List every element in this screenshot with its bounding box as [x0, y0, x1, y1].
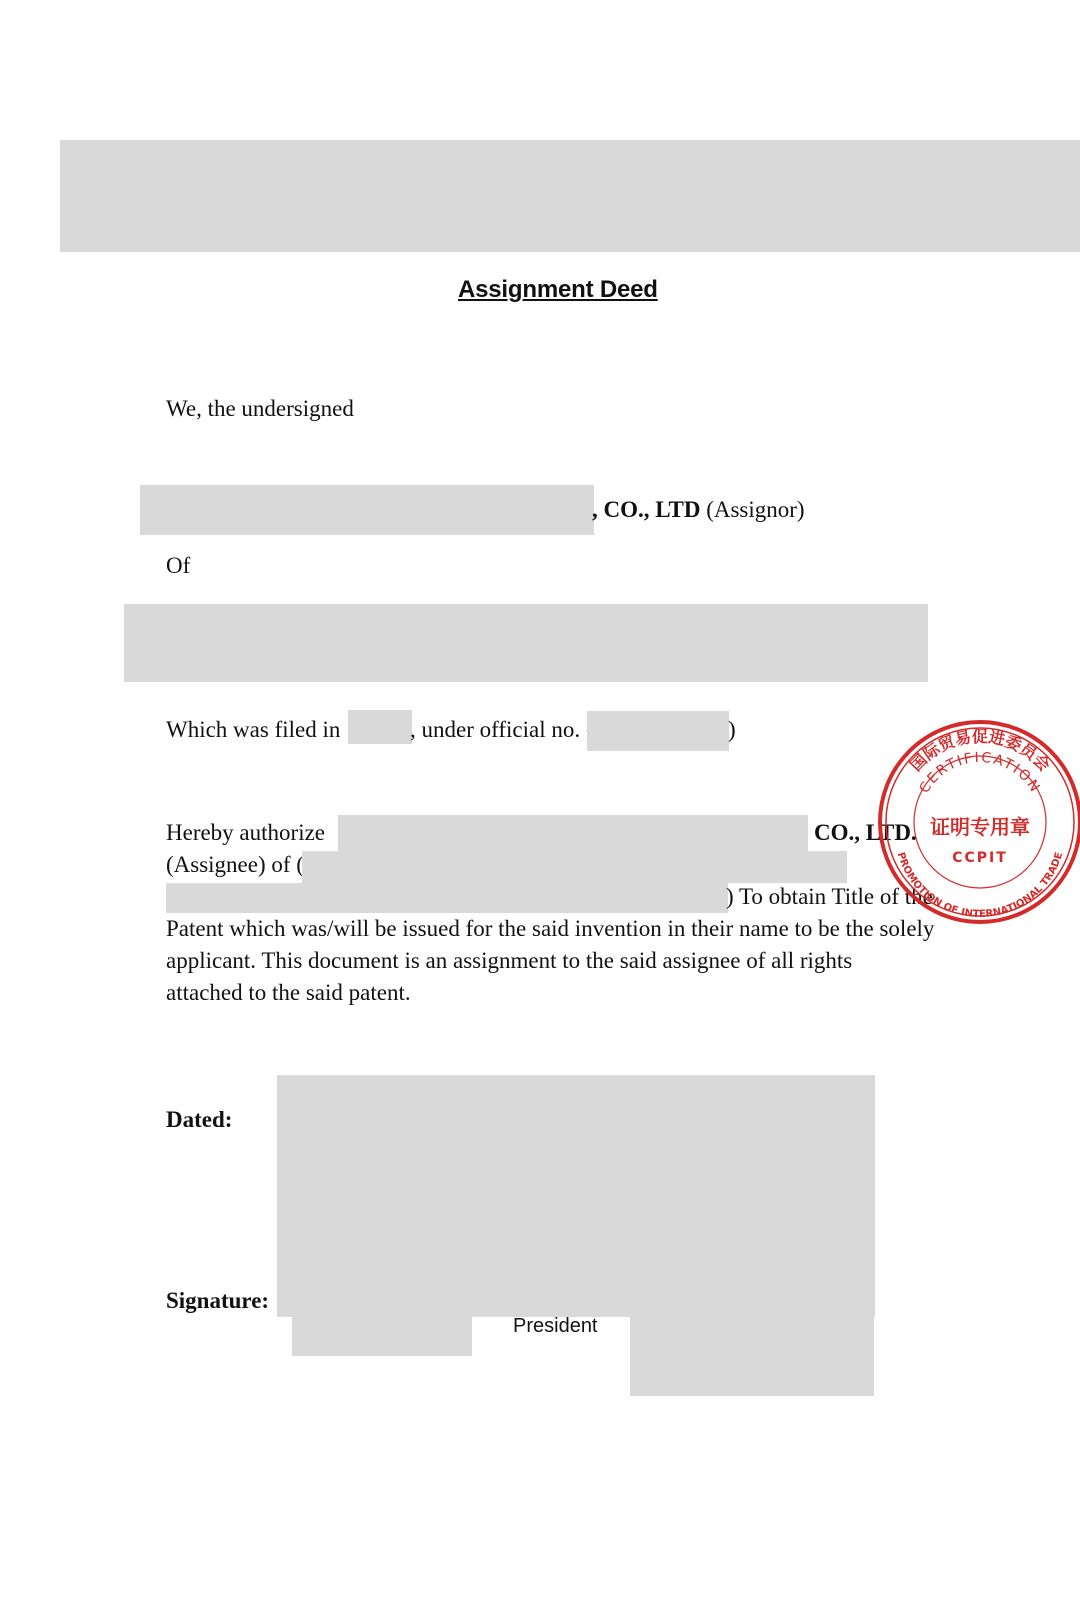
body-line-2: applicant. This document is an assignmen… [166, 948, 852, 974]
redacted-filing-country [348, 710, 412, 744]
authorize-prefix: Hereby authorize [166, 820, 325, 846]
assignor-line: , CO., LTD (Assignor) [592, 497, 805, 523]
redacted-assignee-name [338, 815, 808, 853]
body-line-1: Patent which was/will be issued for the … [166, 916, 934, 942]
redacted-header [60, 140, 1080, 252]
signature-label: Signature: [166, 1288, 269, 1314]
redacted-date-signature-block [277, 1075, 875, 1317]
assignee-company-suffix: CO., LTD. [814, 820, 917, 846]
body-line-3: attached to the said patent. [166, 980, 411, 1006]
filed-suffix: ) [728, 717, 736, 743]
assignor-company-suffix: , CO., LTD [592, 497, 700, 522]
obtain-title-text: ) To obtain Title of the [726, 884, 933, 910]
svg-text:证明专用章: 证明专用章 [930, 815, 1030, 839]
redacted-company-seal [630, 1317, 874, 1396]
svg-text:CCPIT: CCPIT [952, 850, 1008, 866]
filed-middle: , under official no. ( [410, 717, 594, 743]
assignor-role: (Assignor) [706, 497, 804, 522]
intro-text: We, the undersigned [166, 396, 354, 422]
svg-text:CERTIFICATION: CERTIFICATION [916, 750, 1043, 797]
redacted-assignor-name [140, 485, 594, 535]
document-page: Assignment Deed We, the undersigned , CO… [0, 0, 1080, 1602]
redacted-official-no [587, 711, 729, 751]
dated-label: Dated: [166, 1107, 232, 1133]
of-label: Of [166, 553, 190, 579]
document-title: Assignment Deed [458, 276, 658, 304]
redacted-signatory-name [292, 1317, 472, 1356]
redacted-assignee-address-2 [166, 883, 728, 913]
filed-line: Which was filed in [166, 717, 340, 743]
signatory-title: President [513, 1315, 598, 1338]
svg-text:国际贸易促进委员会: 国际贸易促进委员会 [906, 727, 1054, 775]
redacted-assignor-address [124, 604, 928, 682]
redacted-assignee-address-1 [302, 851, 847, 883]
filed-prefix: Which was filed in [166, 717, 340, 742]
assignee-prefix: (Assignee) of ( [166, 852, 304, 878]
